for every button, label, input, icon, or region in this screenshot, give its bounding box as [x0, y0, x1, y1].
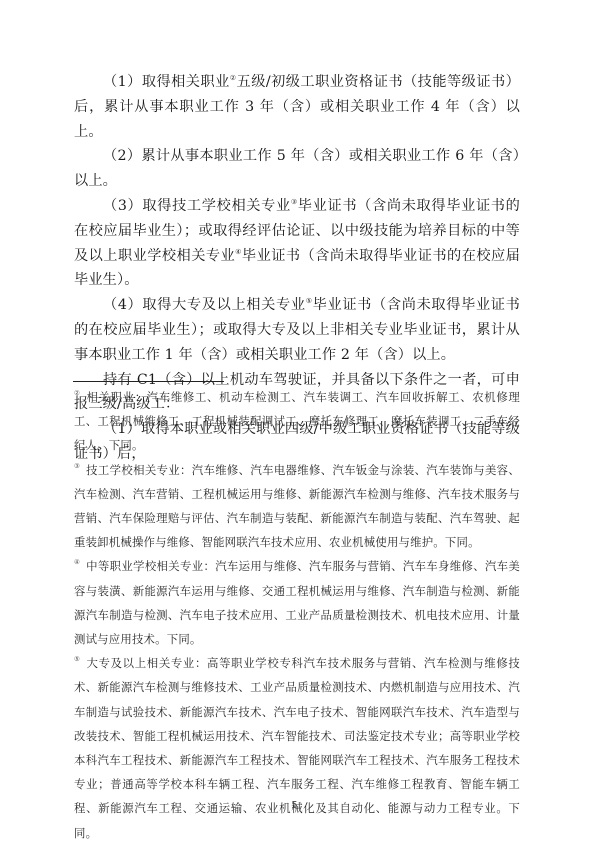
footnote-3: ③技工学校相关专业：汽车维修、汽车电器维修、汽车钣金与涂装、汽车装饰与美容、汽车… [74, 458, 520, 555]
footnote-separator [73, 381, 224, 382]
paragraph-condition-1: （1）取得相关职业②五级/初级工职业资格证书（技能等级证书）后，累计从事本职业工… [74, 70, 520, 144]
paragraph-text: （3）取得技工学校相关专业 [103, 198, 291, 214]
footnote-4: ④中等职业学校相关专业：汽车运用与维修、汽车服务与营销、汽车车身维修、汽车美容与… [74, 554, 520, 651]
document-page: （1）取得相关职业②五级/初级工职业资格证书（技能等级证书）后，累计从事本职业工… [0, 0, 589, 853]
footnote-text: 中等职业学校相关专业：汽车运用与维修、汽车服务与营销、汽车车身维修、汽车美容与装… [74, 559, 520, 646]
footnote-5: ⑤大专及以上相关专业：高等职业学校专科汽车技术服务与营销、汽车检测与维修技术、新… [74, 651, 520, 845]
footnote-marker: ④ [74, 558, 80, 566]
footnote-text: 大专及以上相关专业：高等职业学校专科汽车技术服务与营销、汽车检测与维修技术、新能… [74, 656, 520, 839]
footnote-2: ②相关职业：汽车维修工、机动车检测工、汽车装调工、汽车回收拆解工、农机修理工、工… [74, 385, 520, 458]
paragraph-condition-2: （2）累计从事本职业工作 5 年（含）或相关职业工作 6 年（含）以上。 [74, 144, 520, 194]
paragraph-condition-4: （4）取得大专及以上相关专业⑤毕业证书（含尚未取得毕业证书的在校应届毕业生）；或… [74, 293, 520, 367]
footnote-reference-4[interactable]: ④ [235, 248, 242, 256]
footnote-reference-3[interactable]: ③ [291, 198, 298, 206]
paragraph-text: （1）取得相关职业 [103, 74, 230, 90]
footnote-marker: ② [74, 389, 81, 397]
paragraph-condition-3: （3）取得技工学校相关专业③毕业证书（含尚未取得毕业证书的在校应届毕业生）；或取… [74, 194, 520, 293]
footnotes-section: ②相关职业：汽车维修工、机动车检测工、汽车装调工、汽车回收拆解工、农机修理工、工… [74, 385, 520, 845]
footnote-marker: ③ [74, 462, 80, 470]
footnote-text: 相关职业：汽车维修工、机动车检测工、汽车装调工、汽车回收拆解工、农机修理工、工程… [74, 390, 520, 452]
footnote-reference-2[interactable]: ② [230, 74, 237, 82]
page-number: 5 [0, 800, 589, 811]
footnote-text: 技工学校相关专业：汽车维修、汽车电器维修、汽车钣金与涂装、汽车装饰与美容、汽车检… [74, 463, 520, 550]
footnote-reference-5[interactable]: ⑤ [306, 297, 313, 305]
paragraph-text: （4）取得大专及以上相关专业 [103, 297, 306, 313]
footnote-marker: ⑤ [74, 655, 81, 663]
